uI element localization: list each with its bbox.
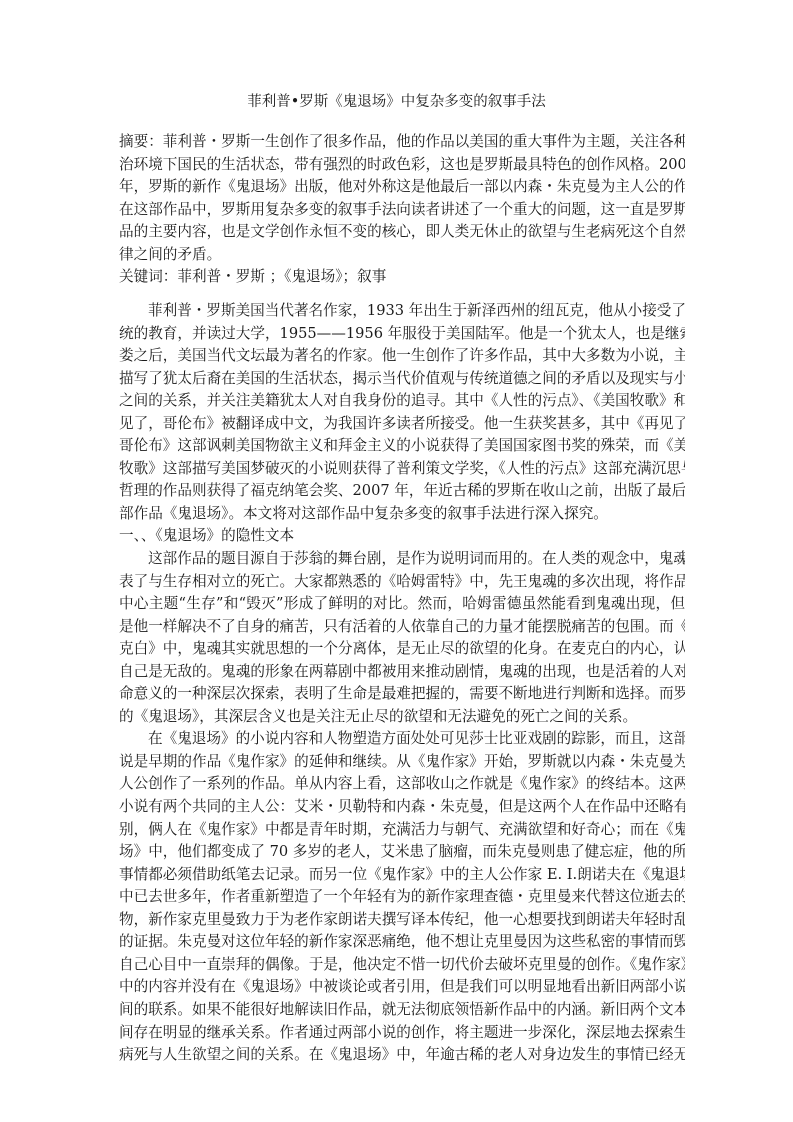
paragraph-line: 统的教育，并读过大学，1955——1956 年服役于美国陆军。他是一个犹太人，也…	[119, 323, 685, 346]
abstract-line: 品的主要内容，也是文学创作永恒不变的核心，即人类无休止的欲望与生老病死这个自然规	[119, 221, 685, 244]
paragraph-line: 场》中，他们都变成了 70 多岁的老人，艾米患了脑瘤，而朱克曼则患了健忘症，他的…	[119, 841, 685, 864]
abstract-line: 律之间的矛盾。	[119, 244, 685, 267]
paragraph-line: 事情都必须借助纸笔去记录。而另一位《鬼作家》中的主人公作家 E. I.朗诺夫在《…	[119, 864, 685, 887]
paragraph-line: 表了与生存相对立的死亡。大家都熟悉的《哈姆雷特》中，先王鬼魂的多次出现，将作品的	[119, 571, 685, 594]
paragraph-line: 说是早期的作品《鬼作家》的延伸和继续。从《鬼作家》开始，罗斯就以内森・朱克曼为主	[119, 751, 685, 774]
paragraph-line: 之间的关系，并关注美籍犹太人对自我身份的追寻。其中《人性的污点》、《美国牧歌》和…	[119, 390, 685, 413]
paragraph-line: 病死与人生欲望之间的关系。在《鬼退场》中，年逾古稀的老人对身边发生的事情已经无法	[119, 1044, 685, 1067]
paragraph-line: 克白》中，鬼魂其实就思想的一个分离体，是无止尽的欲望的化身。在麦克白的内心，认为	[119, 638, 685, 661]
paragraph-line: 部作品《鬼退场》。本文将对这部作品中复杂多变的叙事手法进行深入探究。	[119, 503, 685, 526]
section-heading: 一、、《鬼退场》的隐性文本	[119, 525, 685, 548]
abstract-line: 摘要：菲利普・罗斯一生创作了很多作品，他的作品以美国的重大事件为主题，关注各种政	[119, 131, 685, 154]
paragraph-line: 见了，哥伦布》被翻译成中文，为我国许多读者所接受。他一生获奖甚多，其中《再见了，	[119, 413, 685, 436]
paragraph-line: 描写了犹太后裔在美国的生活状态，揭示当代价值观与传统道德之间的矛盾以及现实与小说	[119, 368, 685, 391]
paragraph-line: 在《鬼退场》的小说内容和人物塑造方面处处可见莎士比亚戏剧的踪影，而且，这部小	[119, 728, 685, 751]
paragraph-line: 娄之后，美国当代文坛最为著名的作家。他一生创作了许多作品，其中大多数为小说，主要	[119, 345, 685, 368]
paragraph-line: 是他一样解决不了自身的痛苦，只有活着的人依靠自己的力量才能摆脱痛苦的包围。而《麦	[119, 616, 685, 639]
paragraph-line: 别，俩人在《鬼作家》中都是青年时期，充满活力与朝气、充满欲望和好奇心；而在《鬼退	[119, 819, 685, 842]
paragraph-line: 命意义的一种深层次探索，表明了生命是最难把握的，需要不断地进行判断和选择。而罗斯	[119, 683, 685, 706]
abstract: 摘要：菲利普・罗斯一生创作了很多作品，他的作品以美国的重大事件为主题，关注各种政…	[119, 131, 685, 289]
paragraph-line: 中心主题“生存”和“毁灭”形成了鲜明的对比。然而，哈姆雷德虽然能看到鬼魂出现，但	[119, 593, 685, 616]
paragraph-line: 自己心目中一直崇拜的偶像。于是，他决定不惜一切代价去破坏克里曼的创作。《鬼作家》	[119, 954, 685, 977]
paragraph-line: 中的内容并没有在《鬼退场》中被谈论或者引用，但是我们可以明显地看出新旧两部小说之	[119, 976, 685, 999]
paragraph-line: 间的联系。如果不能很好地解读旧作品，就无法彻底领悟新作品中的内涵。新旧两个文本之	[119, 999, 685, 1022]
paragraph-line: 这部作品的题目源自于莎翁的舞台剧，是作为说明词而用的。在人类的观念中，鬼魂代	[119, 548, 685, 571]
paragraph-line: 物，新作家克里曼致力于为老作家朗诺夫撰写译本传纪，他一心想要找到朗诺夫年轻时乱伦	[119, 909, 685, 932]
paragraph-line: 自己是无敌的。鬼魂的形象在两幕剧中都被用来推动剧情，鬼魂的出现，也是活着的人对生	[119, 661, 685, 684]
document-title: 菲利普•罗斯《鬼退场》中复杂多变的叙事手法	[0, 92, 793, 112]
paragraph-line: 牧歌》这部描写美国梦破灭的小说则获得了普利策文学奖，《人性的污点》这部充满沉思与	[119, 458, 685, 481]
paragraph-line: 的证据。朱克曼对这位年轻的新作家深恶痛绝，他不想让克里曼因为这些私密的事情而毁掉	[119, 931, 685, 954]
paragraph-line: 小说有两个共同的主人公：艾米・贝勒特和内森・朱克曼，但是这两个人在作品中还略有区	[119, 796, 685, 819]
paragraph-line: 人公创作了一系列的作品。单从内容上看，这部收山之作就是《鬼作家》的终结本。这两部	[119, 773, 685, 796]
keywords: 关键词：菲利普・罗斯 ；《鬼退场》；叙事	[119, 266, 685, 289]
paragraph-line: 菲利普・罗斯美国当代著名作家，1933 年出生于新泽西州的纽瓦克，他从小接受了正	[119, 300, 685, 323]
paragraph-line: 的《鬼退场》，其深层含义也是关注无止尽的欲望和无法避免的死亡之间的关系。	[119, 706, 685, 729]
abstract-line: 在这部作品中，罗斯用复杂多变的叙事手法向读者讲述了一个重大的问题，这一直是罗斯作	[119, 199, 685, 222]
paragraph-line: 中已去世多年，作者重新塑造了一个年轻有为的新作家理查德・克里曼来代替这位逝去的人	[119, 886, 685, 909]
paragraph-line: 哥伦布》这部讽刺美国物欲主义和拜金主义的小说获得了美国国家图书奖的殊荣，而《美国	[119, 435, 685, 458]
paragraph-line: 哲理的作品则获得了福克纳笔会奖、2007 年，年近古稀的罗斯在收山之前，出版了最…	[119, 480, 685, 503]
intro-paragraph: 菲利普・罗斯美国当代著名作家，1933 年出生于新泽西州的纽瓦克，他从小接受了正…	[119, 300, 685, 1067]
abstract-line: 年，罗斯的新作《鬼退场》出版，他对外称这是他最后一部以内森・朱克曼为主人公的作品…	[119, 176, 685, 199]
abstract-line: 治环境下国民的生活状态，带有强烈的时政色彩，这也是罗斯最具特色的创作风格。200…	[119, 154, 685, 177]
paragraph-line: 间存在明显的继承关系。作者通过两部小说的创作，将主题进一步深化，深层地去探索生老	[119, 1022, 685, 1045]
